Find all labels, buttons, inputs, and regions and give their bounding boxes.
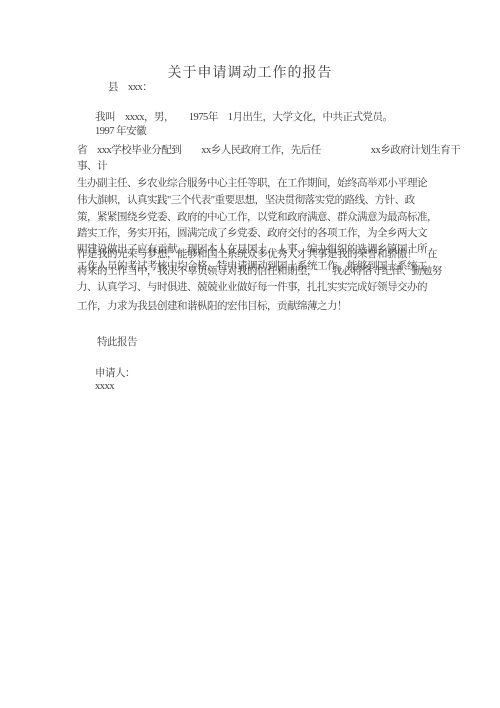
signature-label: 申请人：	[95, 368, 135, 380]
text-line: 事、计	[77, 161, 107, 173]
text-line: 生办副主任、乡农业综合服务中心主任等职，在工作期间，始终高举邓小平理论	[77, 178, 427, 190]
text-line: 作是我的光荣与梦想，能够和国土系统众多优秀人才共事是我的荣誉和骄傲！ 在	[77, 249, 437, 261]
recipient-line: 县 xxx：	[108, 82, 152, 94]
text-line: 将来的工作当中，我决不辜负领导对我的信任和期望， 我必将恪守纪律、勤勉努	[77, 266, 442, 278]
text-line: 策，紧紧围绕乡党委、政府的中心工作，以党和政府满意、群众满意为最高标准，	[77, 212, 437, 224]
text-line: 省 xxx学校毕业分配到 xx乡人民政府工作，先后任 xx乡政府计划生育干	[77, 145, 460, 157]
text-line: 踏实工作，务实开拓，圆满完成了乡党委、政府交付的各项工作，为全乡两大文	[77, 228, 427, 240]
text-line: 力、认真学习、与时俱进、兢兢业业做好每一件事，扎扎实实完成好领导交办的	[77, 282, 427, 294]
signature-name: xxxx	[95, 381, 114, 393]
text-line: 工作，力求为我县创建和谐枞阳的宏伟目标，贡献绵薄之力！	[77, 301, 347, 313]
text-line: 我叫 xxxx，男， 1975年 1月出生，大学文化，中共正式党员。	[95, 112, 393, 124]
text-line: 1997 年安徽	[95, 126, 146, 138]
closing-line: 特此报告	[97, 337, 137, 349]
document-title: 关于申请调动工作的报告	[0, 62, 500, 82]
text-line: 伟大旗帜，认真实践"三个代表"重要思想，坚决贯彻落实党的路线、方针、政	[77, 195, 415, 207]
document-page: 关于申请调动工作的报告 县 xxx： 我叫 xxxx，男， 1975年 1月出生…	[0, 0, 500, 708]
